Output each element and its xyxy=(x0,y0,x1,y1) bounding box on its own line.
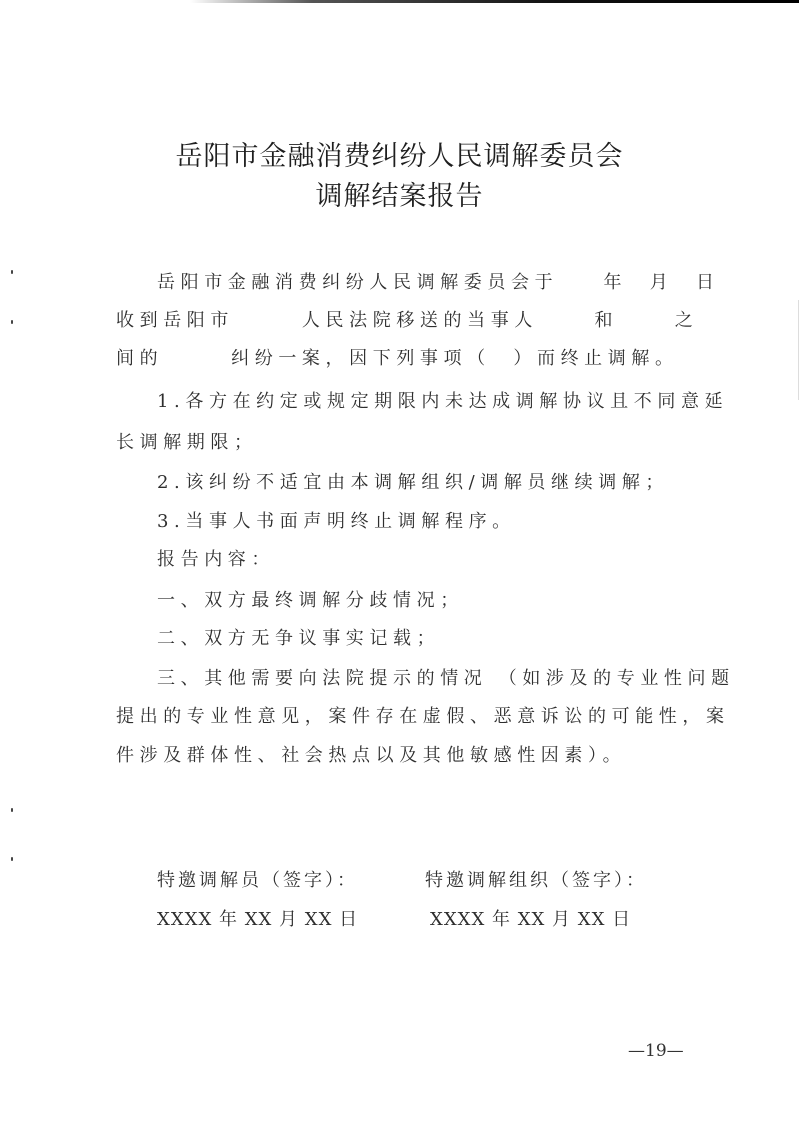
report-item-3-cont-1: 提出的专业性意见，案件存在虚假、恶意诉讼的可能性，案 xyxy=(116,705,730,729)
report-item-2: 二、双方无争议事实记载； xyxy=(157,627,440,651)
mediator-date: XXXX 年 XX 月 XX 日 xyxy=(157,908,358,932)
condition-item-2: 2.该纠纷不适宜由本调解组织/调解员继续调解； xyxy=(157,471,669,495)
condition-item-1-line1: 1.各方在约定或规定期限内未达成调解协议且不同意延 xyxy=(157,390,728,414)
binding-hole-mark xyxy=(11,808,13,812)
binding-hole-mark xyxy=(11,320,13,324)
report-item-1: 一、双方最终调解分歧情况； xyxy=(157,589,464,613)
report-heading: 报告内容： xyxy=(157,548,275,572)
intro-line-2: 收到岳阳市 人民法院移送的当事人 和 之 xyxy=(116,309,698,333)
document-title-line1: 岳阳市金融消费纠纷人民调解委员会 xyxy=(0,140,799,174)
scan-top-edge xyxy=(190,0,799,3)
binding-hole-mark xyxy=(11,270,13,274)
page-number: —19— xyxy=(628,1040,684,1062)
intro-line-1: 岳阳市金融消费纠纷人民调解委员会于 年 月 日 xyxy=(157,271,720,295)
report-item-3: 三、其他需要向法院提示的情况 （如涉及的专业性问题 xyxy=(157,667,735,691)
organization-date: XXXX 年 XX 月 XX 日 xyxy=(430,908,631,932)
condition-item-1-line2: 长调解期限； xyxy=(116,431,258,455)
document-title-line2: 调解结案报告 xyxy=(0,180,799,214)
organization-signature-label: 特邀调解组织（签字）： xyxy=(425,869,647,893)
condition-item-3: 3.当事人书面声明终止调解程序。 xyxy=(157,510,516,534)
mediator-signature-label: 特邀调解员（签字）： xyxy=(157,869,358,893)
intro-line-3: 间的 纠纷一案，因下列事项（ ）而终止调解。 xyxy=(116,347,679,371)
report-item-3-cont-2: 件涉及群体性、社会热点以及其他敏感性因素）。 xyxy=(116,744,626,768)
binding-hole-mark xyxy=(11,857,13,861)
